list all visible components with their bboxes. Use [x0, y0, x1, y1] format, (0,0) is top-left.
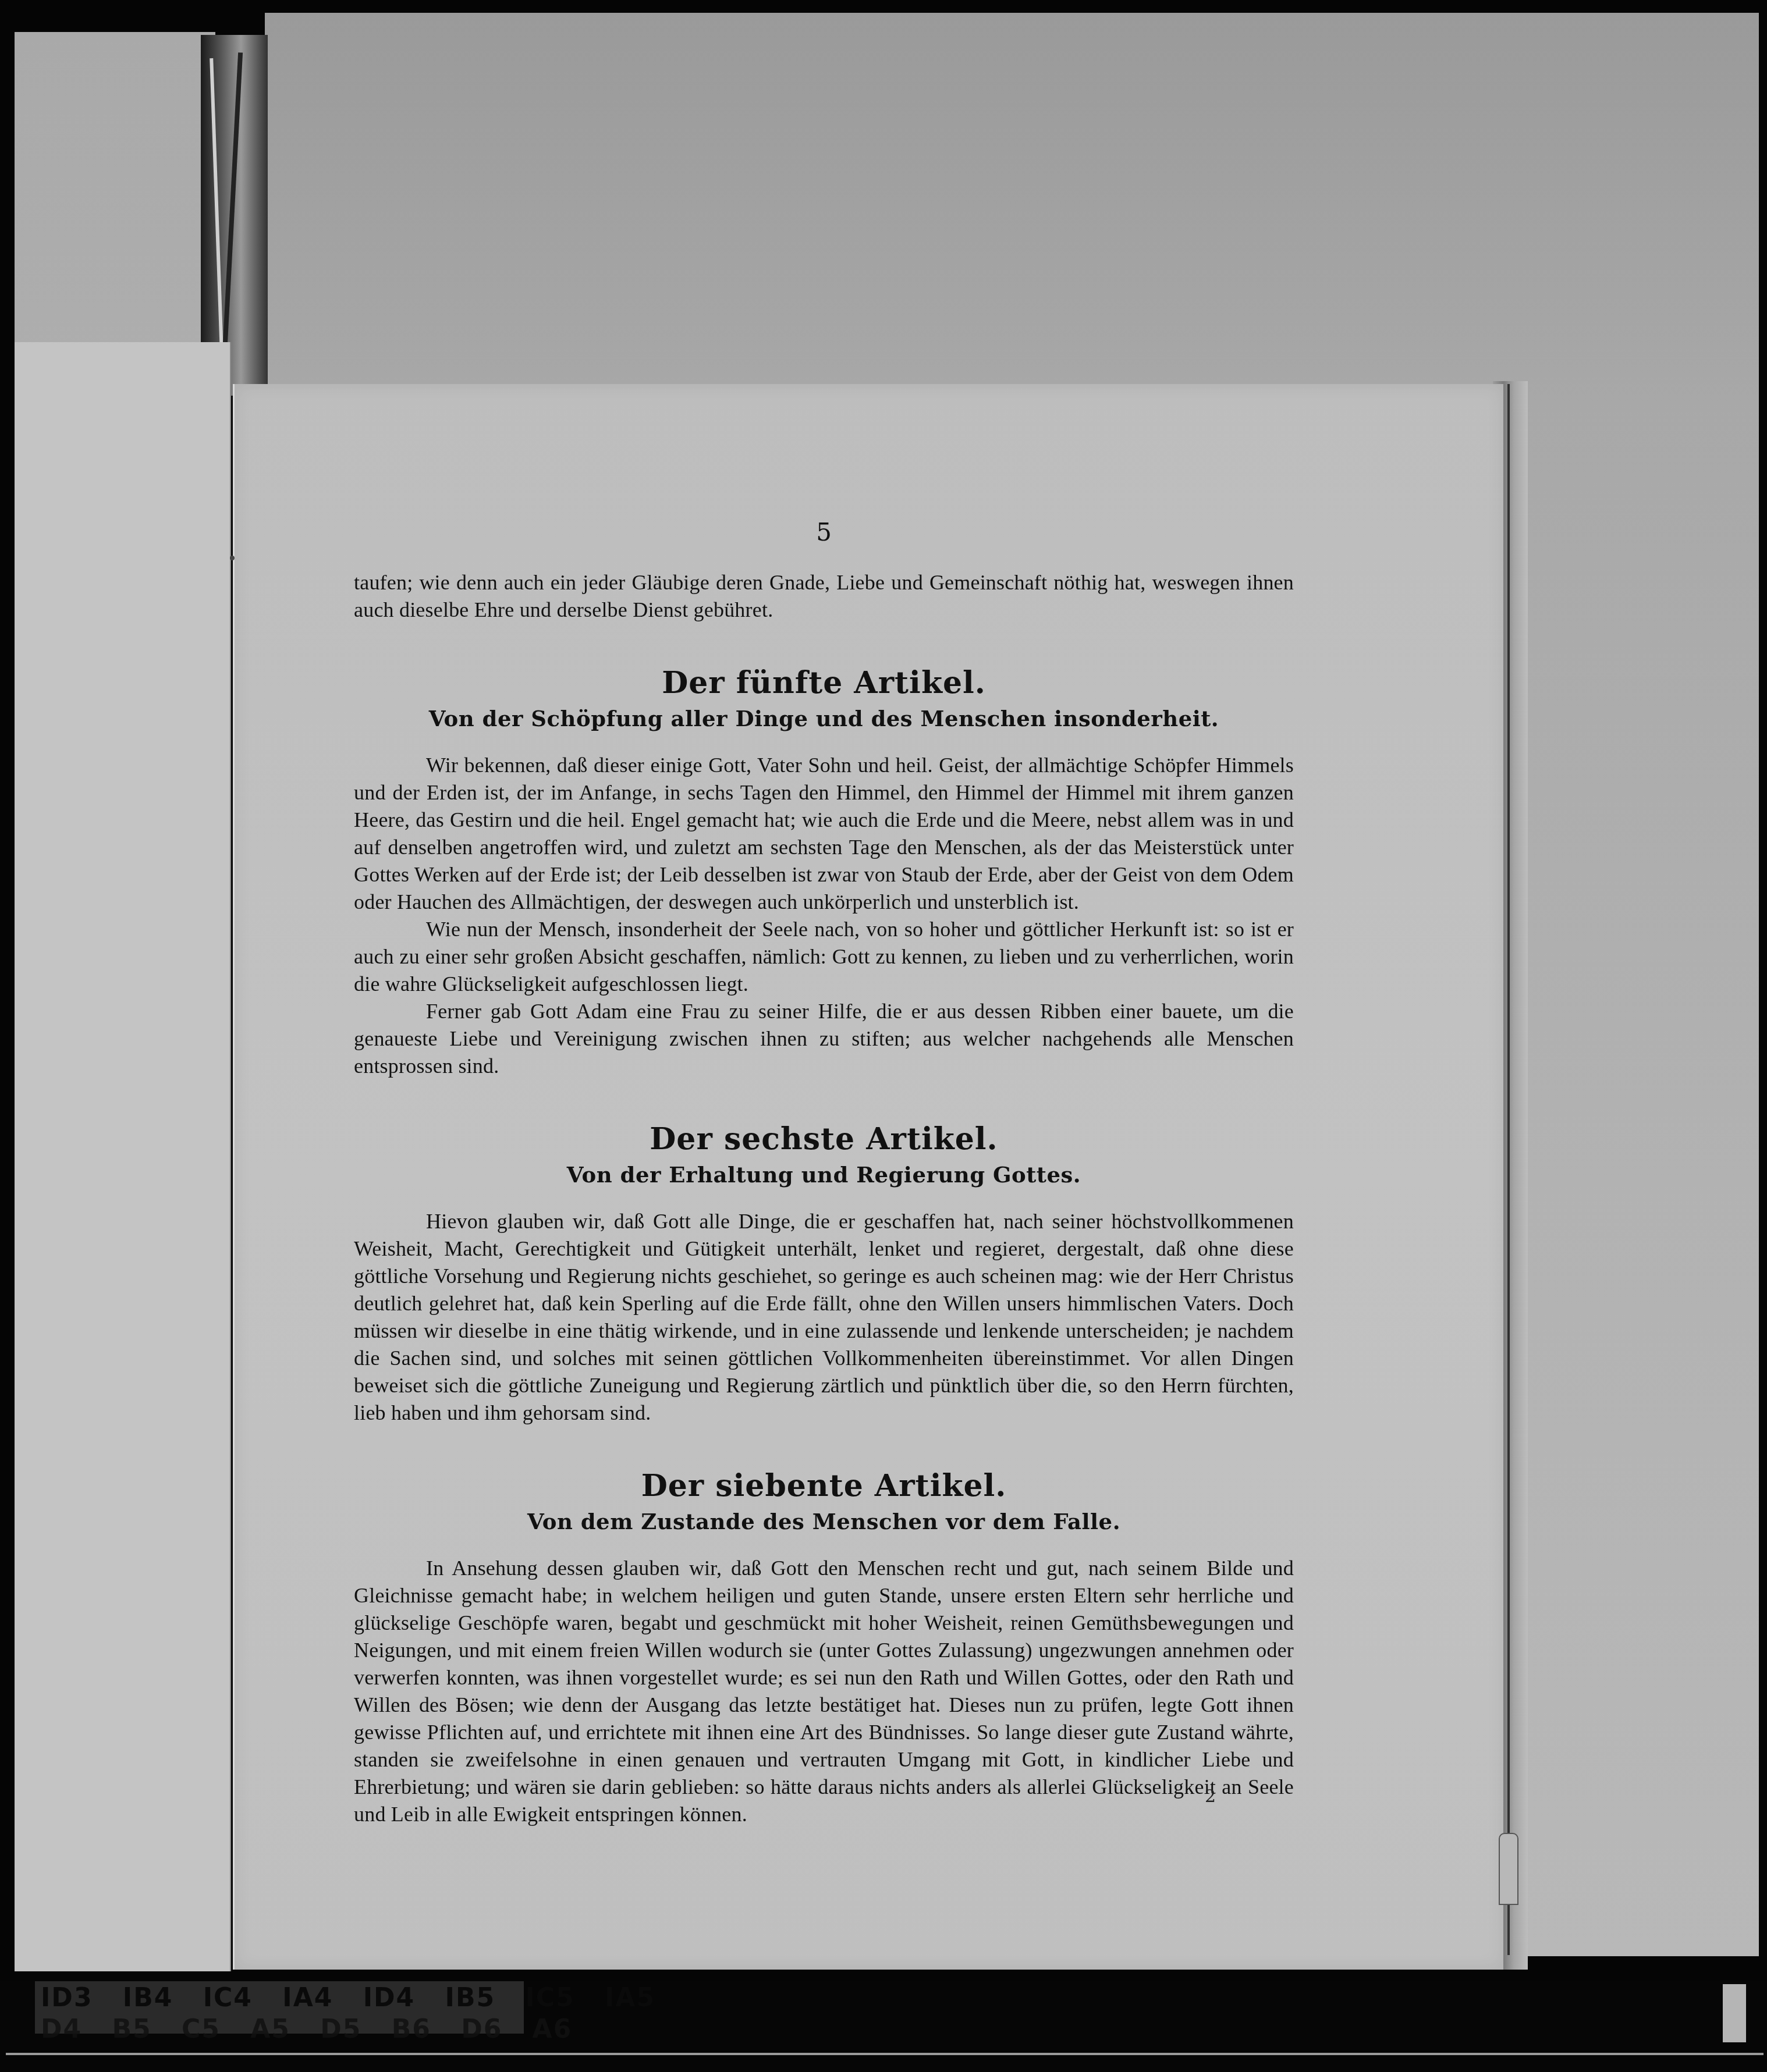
film-edge-line — [6, 2053, 1764, 2055]
film-label-row-1: ID3 IB4 IC4 IA4 ID4 IB5 IC5 IA5 — [41, 1983, 675, 2013]
film-label: IC5 — [525, 1983, 574, 2013]
article-7: Der siebente Artikel. Von dem Zustande d… — [354, 1467, 1294, 1828]
scan-border-right — [1759, 0, 1767, 2072]
page-fold-line — [1507, 384, 1510, 1955]
article-subtitle: Von der Erhaltung und Regierung Gottes. — [354, 1161, 1294, 1188]
film-label: IC4 — [203, 1983, 253, 2013]
film-label-row-2: D4 B5 C5 A5 D5 B6 D6 A6 — [41, 2014, 592, 2044]
film-label: B5 — [112, 2014, 151, 2044]
film-label: IA4 — [282, 1983, 333, 2013]
film-label: IB4 — [123, 1983, 173, 2013]
article-title: Der fünfte Artikel. — [354, 664, 1294, 702]
opening-paragraph: taufen; wie denn auch ein jeder Gläubige… — [354, 569, 1294, 624]
article-paragraph: Wir bekennen, daß dieser einige Gott, Va… — [354, 752, 1294, 916]
page-corner-flap — [1723, 1984, 1746, 2042]
page-edge-tab — [1499, 1833, 1518, 1905]
article-subtitle: Von dem Zustande des Menschen vor dem Fa… — [354, 1508, 1294, 1535]
page-content: 5 taufen; wie denn auch ein jeder Gläubi… — [354, 518, 1294, 1828]
film-label: D4 — [41, 2014, 82, 2044]
film-label: A5 — [250, 2014, 290, 2044]
article-title: Der sechste Artikel. — [354, 1121, 1294, 1158]
film-label: A6 — [533, 2014, 573, 2044]
background-left-card — [15, 342, 231, 1971]
film-label: C5 — [182, 2014, 221, 2044]
article-paragraph: Hievon glauben wir, daß Gott alle Dinge,… — [354, 1208, 1294, 1427]
article-subtitle: Von der Schöpfung aller Dinge und des Me… — [354, 705, 1294, 732]
binding-hole-mark — [230, 556, 235, 560]
film-label: IB5 — [445, 1983, 496, 2013]
article-5: Der fünfte Artikel. Von der Schöpfung al… — [354, 664, 1294, 1080]
page-number: 5 — [354, 518, 1294, 547]
film-label: D6 — [461, 2014, 502, 2044]
article-paragraph: Wie nun der Mensch, insonderheit der See… — [354, 916, 1294, 998]
film-label: B6 — [392, 2014, 431, 2044]
film-label: IA5 — [605, 1983, 655, 2013]
film-label: ID4 — [363, 1983, 416, 2013]
article-paragraph: In Ansehung dessen glauben wir, daß Gott… — [354, 1555, 1294, 1828]
article-paragraph: Ferner gab Gott Adam eine Frau zu seiner… — [354, 998, 1294, 1080]
film-label: ID3 — [41, 1983, 93, 2013]
film-label: D5 — [320, 2014, 361, 2044]
article-title: Der siebente Artikel. — [354, 1467, 1294, 1505]
signature-mark: 2 — [1205, 1786, 1216, 1807]
article-6: Der sechste Artikel. Von der Erhaltung u… — [354, 1121, 1294, 1427]
